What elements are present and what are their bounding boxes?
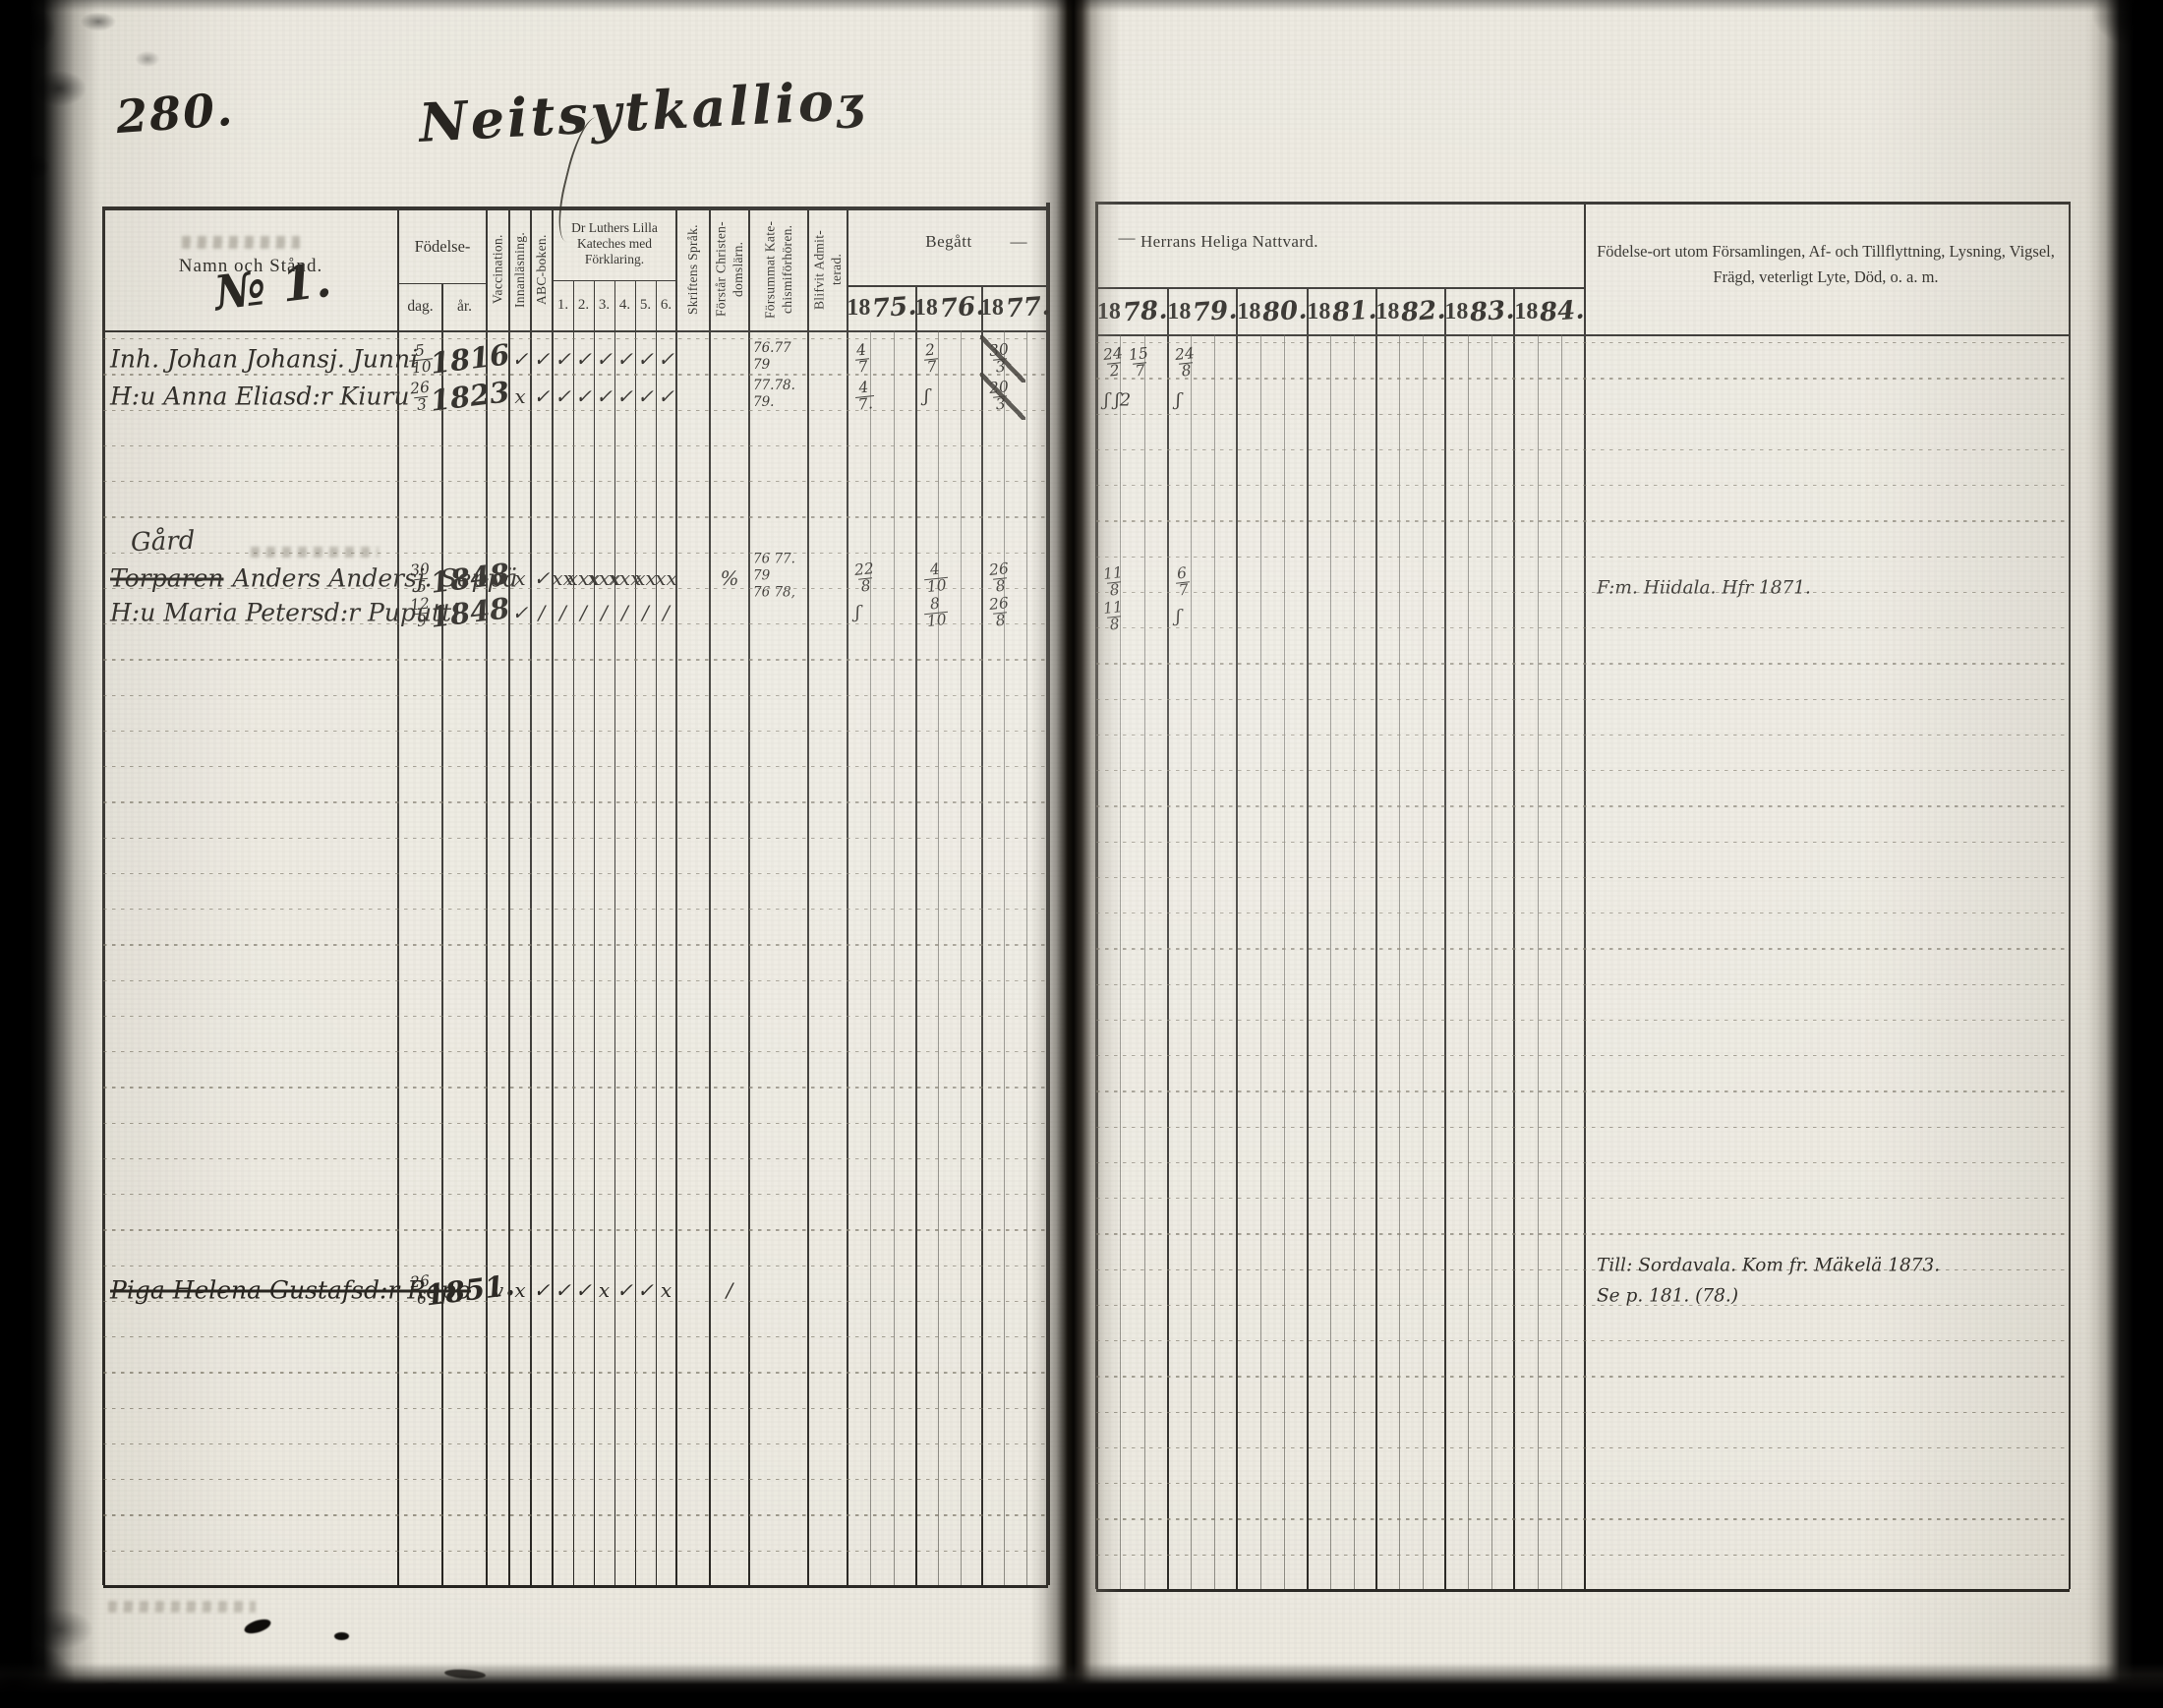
exam-mark: ✓ — [534, 347, 551, 371]
row-dotted-line — [103, 516, 1048, 517]
date-fraction: 303 — [988, 342, 1011, 376]
name-text: Inh. Johan Johansj. Junni — [110, 345, 418, 374]
year-subcolumn-rule — [1423, 334, 1424, 1589]
column-rule — [486, 208, 488, 1585]
year-written: 81. — [1331, 295, 1377, 327]
year-written: 84. — [1539, 295, 1585, 327]
row-dotted-line — [103, 980, 1048, 981]
row-dotted-line — [103, 1266, 1048, 1266]
row-dotted-line — [103, 445, 1048, 446]
communion-entry: ʃ — [855, 603, 860, 623]
communion-entry: 248 — [1176, 347, 1196, 379]
col-header-communion-right: Herrans Heliga Nattvard. — [1140, 229, 1396, 255]
scan-edge-right — [2086, 0, 2163, 1708]
row-dotted-line — [1096, 663, 2070, 664]
exam-mark: ✓ — [596, 347, 613, 371]
communion-entry: ʃ — [924, 386, 929, 407]
scan-edge-top — [0, 0, 2163, 12]
column-rule — [573, 280, 574, 1585]
scanned-ledger-page: 280. Neitsytkallioʒ № 1. Namn och Stånd.… — [0, 0, 2163, 1708]
row-dotted-line — [103, 1229, 1048, 1230]
row-rule — [1096, 202, 2070, 205]
row-rule — [103, 330, 1048, 332]
catechism-col-2: 2. — [573, 280, 594, 330]
date-fraction: 248 — [1174, 346, 1197, 380]
exam-mark: ✓ — [555, 384, 571, 408]
exam-mark: x — [599, 1278, 610, 1302]
date-fraction: 410 — [922, 561, 949, 595]
row-dotted-line — [1096, 842, 2070, 843]
communion-entry: 410 — [924, 562, 948, 594]
communion-entry: 303 — [990, 343, 1010, 375]
row-dotted-line — [1096, 1376, 2070, 1377]
year-printed: 18 — [1237, 299, 1260, 325]
row-dotted-line — [1096, 414, 2070, 415]
exam-mark: ✓ — [534, 566, 551, 590]
row-dotted-line — [1096, 984, 2070, 985]
col-header-birth-year: år. — [442, 283, 487, 330]
year-subcolumn-rule — [1004, 330, 1005, 1585]
column-rule — [1307, 287, 1308, 1589]
row-dotted-line — [1096, 378, 2070, 379]
year-printed: 18 — [1444, 299, 1468, 325]
col-header-reading: Innanläsning. — [509, 211, 531, 327]
row-dotted-line — [103, 731, 1048, 732]
year-header: 1875. — [848, 287, 916, 328]
row-dotted-line — [103, 1479, 1048, 1480]
communion-entry: ʃ — [1176, 607, 1181, 627]
col-header-birth-day: dag. — [398, 283, 442, 330]
communion-entry: 203 — [990, 381, 1010, 412]
exam-mark: x — [514, 384, 525, 408]
missed-exams-entry: 77.78. 79. — [753, 378, 795, 411]
column-rule — [1444, 287, 1445, 1589]
year-subcolumn-rule — [894, 330, 895, 1585]
record-name: H:u Anna Eliasd:r Kiuru — [110, 383, 410, 411]
row-dotted-line — [1096, 449, 2070, 450]
col-header-vaccination: Vaccination. — [487, 211, 509, 327]
date-fraction: 268 — [988, 596, 1011, 629]
row-dotted-line — [103, 553, 1048, 554]
scan-corner-bottom-left — [0, 1511, 216, 1708]
communion-entry: 47. — [855, 381, 874, 412]
pen-mark: ʃ — [1176, 607, 1181, 627]
catechism-col-6: 6. — [656, 280, 676, 330]
year-printed: 18 — [847, 295, 870, 322]
row-dotted-line — [1096, 1198, 2070, 1199]
exam-mark: x — [514, 1278, 525, 1302]
year-header: 1883. — [1445, 291, 1514, 332]
understands-mark: / — [727, 1278, 733, 1302]
row-dotted-line — [103, 1194, 1048, 1195]
row-dotted-line — [103, 766, 1048, 767]
row-dotted-line — [103, 1551, 1048, 1552]
exam-mark: / — [621, 601, 628, 624]
row-dotted-line — [103, 838, 1048, 839]
catechism-col-5: 5. — [635, 280, 656, 330]
year-printed: 18 — [1167, 299, 1191, 325]
year-subcolumn-rule — [1260, 334, 1261, 1589]
row-dotted-line — [103, 1016, 1048, 1017]
row-dotted-line — [1096, 948, 2070, 949]
row-rule — [1096, 334, 2070, 336]
row-rule — [1096, 287, 1585, 289]
year-subcolumn-rule — [1399, 334, 1400, 1589]
column-rule — [530, 208, 531, 1585]
row-dotted-line — [1096, 557, 2070, 558]
year-written: 76. — [939, 291, 985, 324]
record-name: H:u Maria Petersd:r Puputti — [110, 599, 459, 627]
scan-corner-top-left — [0, 0, 295, 256]
date-fraction: 810 — [922, 596, 949, 629]
communion-entry: 268 — [990, 597, 1010, 628]
column-rule — [1236, 287, 1237, 1589]
col-header-notes: Födelse-ort utom Församlingen, Af- och T… — [1595, 236, 2057, 293]
date-fraction: 203 — [988, 380, 1011, 413]
year-header: 1879. — [1168, 291, 1237, 332]
record-name: Inh. Johan Johansj. Junni — [110, 345, 418, 374]
row-dotted-line — [103, 338, 1048, 339]
column-rule — [1513, 287, 1514, 1589]
year-header: 1876. — [916, 287, 982, 328]
row-dotted-line — [1096, 1447, 2070, 1448]
row-dotted-line — [1096, 1412, 2070, 1413]
row-dotted-line — [103, 481, 1048, 482]
exam-mark: xx — [655, 566, 677, 590]
struck-title: Torparen — [110, 564, 224, 593]
exam-mark: / — [580, 601, 587, 624]
date-fraction: 157 — [1128, 346, 1150, 380]
exam-mark: ✓ — [534, 384, 551, 408]
row-dotted-line — [1096, 1127, 2070, 1128]
year-subcolumn-rule — [1468, 334, 1469, 1589]
year-subcolumn-rule — [961, 330, 962, 1585]
year-subcolumn-rule — [1191, 334, 1192, 1589]
year-subcolumn-rule — [1538, 334, 1539, 1589]
record-note: F:m. Hiidala. Hfr 1871. — [1597, 572, 1811, 603]
column-rule — [635, 280, 636, 1585]
date-fraction: 27 — [922, 342, 939, 375]
row-dotted-line — [103, 374, 1048, 375]
row-dotted-line — [103, 1443, 1048, 1444]
row-dotted-line — [103, 944, 1048, 945]
row-dotted-line — [103, 1514, 1048, 1515]
year-subcolumn-rule — [1284, 334, 1285, 1589]
year-subcolumn-rule — [1026, 330, 1027, 1585]
row-rule — [1096, 1589, 2070, 1592]
communion-entry: ʃ — [1176, 390, 1181, 411]
name-text: H:u Maria Petersd:r Puputti — [110, 599, 459, 627]
year-printed: 18 — [1307, 299, 1330, 325]
year-written: 80. — [1261, 295, 1308, 327]
exam-mark: ✓ — [555, 347, 571, 371]
year-printed: 18 — [980, 295, 1004, 322]
scan-corner-top-right — [1966, 0, 2163, 157]
row-dotted-line — [1096, 1555, 2070, 1556]
catechism-col-4: 4. — [614, 280, 635, 330]
year-subcolumn-rule — [1144, 334, 1145, 1589]
col-header-understands-christianity: Förstår Christen- domslärn. — [710, 211, 749, 327]
exam-mark: ✓ — [658, 347, 674, 371]
exam-mark: x — [661, 1278, 672, 1302]
year-subcolumn-rule — [870, 330, 871, 1585]
row-dotted-line — [1096, 699, 2070, 700]
year-printed: 18 — [1514, 299, 1538, 325]
exam-mark: ✓ — [575, 347, 592, 371]
column-rule — [656, 280, 657, 1585]
exam-mark: ✓ — [637, 384, 654, 408]
exam-mark: ✓ — [637, 1278, 654, 1302]
row-dotted-line — [1096, 1020, 2070, 1021]
column-rule — [709, 208, 710, 1585]
record-note: Till: Sordavala. Kom fr. Mäkelä 1873. Se… — [1597, 1251, 1940, 1313]
column-rule — [1375, 287, 1376, 1589]
column-rule — [675, 208, 677, 1585]
year-header: 1880. — [1237, 291, 1308, 332]
col-header-missed-examinations: Försummat Kate- chismiförhören. — [749, 211, 808, 327]
exam-mark: ✓ — [616, 384, 633, 408]
column-rule — [1584, 202, 1586, 1589]
exam-mark: / — [642, 601, 649, 624]
row-dotted-line — [103, 1158, 1048, 1159]
date-fraction: 47. — [853, 380, 875, 413]
ink-bleed-smudge — [251, 547, 379, 558]
date-fraction: 228 — [853, 561, 876, 595]
communion-entry: 47 — [855, 343, 869, 375]
exam-mark: ✓ — [637, 347, 654, 371]
row-dotted-line — [103, 873, 1048, 874]
row-dotted-line — [103, 1408, 1048, 1409]
year-subcolumn-rule — [1330, 334, 1331, 1589]
scan-edge-bottom — [0, 1663, 2163, 1708]
row-dotted-line — [1096, 592, 2070, 593]
row-dotted-line — [103, 1336, 1048, 1337]
row-dotted-line — [1096, 1340, 2070, 1341]
column-rule — [508, 208, 509, 1585]
year-subcolumn-rule — [1214, 334, 1215, 1589]
row-dotted-line — [103, 695, 1048, 696]
column-rule — [552, 208, 554, 1585]
col-header-communion-left: Begått — [885, 228, 1013, 256]
exam-mark: ✓ — [575, 384, 592, 408]
communion-entry: 810 — [924, 597, 948, 628]
communion-entry: 27 — [924, 343, 938, 375]
exam-mark: / — [539, 601, 546, 624]
col-header-birth: Födelse- — [398, 212, 487, 281]
date-fraction: 47 — [853, 342, 870, 375]
year-header: 1882. — [1376, 291, 1445, 332]
row-dotted-line — [1096, 1090, 2070, 1091]
exam-mark: ✓ — [512, 601, 529, 624]
row-dotted-line — [1096, 805, 2070, 806]
group-label: Gård — [131, 528, 196, 556]
column-rule — [1167, 287, 1168, 1589]
communion-entry: 268 — [990, 562, 1010, 594]
missed-exams-entry: 76.77 79 — [753, 340, 791, 374]
year-subcolumn-rule — [1561, 334, 1562, 1589]
year-header: 1881. — [1308, 291, 1376, 332]
column-rule — [594, 280, 595, 1585]
row-dotted-line — [103, 909, 1048, 910]
year-written: 82. — [1400, 295, 1446, 327]
row-dotted-line — [103, 1123, 1048, 1124]
year-subcolumn-rule — [938, 330, 939, 1585]
exam-mark: x — [514, 566, 525, 590]
row-dotted-line — [1096, 1162, 2070, 1163]
year-printed: 18 — [914, 295, 938, 322]
year-written: 79. — [1192, 295, 1238, 327]
year-written: 83. — [1469, 295, 1515, 327]
year-printed: 18 — [1375, 299, 1399, 325]
birth-day: 129 — [411, 597, 431, 629]
exam-mark: ✓ — [616, 1278, 633, 1302]
exam-mark: xx — [634, 566, 657, 590]
column-rule — [847, 208, 848, 1585]
year-subcolumn-rule — [1354, 334, 1355, 1589]
column-rule — [748, 208, 749, 1585]
year-written: 75. — [871, 291, 917, 324]
pen-mark: ʃ — [855, 603, 860, 623]
col-header-admitted: Blifvit Admit- terad. — [808, 211, 848, 327]
row-dotted-line — [1096, 1055, 2070, 1056]
row-rule — [103, 1585, 1048, 1588]
column-rule — [397, 208, 399, 1585]
scan-edge-left — [0, 0, 98, 1708]
communion-entry: 67 — [1176, 566, 1190, 598]
exam-mark: ✓ — [596, 384, 613, 408]
pen-mark: ʃ — [924, 386, 929, 407]
book-gutter-fold — [1030, 0, 1121, 1708]
exam-mark: / — [663, 601, 670, 624]
exam-mark: ✓ — [575, 1278, 592, 1302]
col-header-catechism: Dr Luthers Lilla Kateches med Förklaring… — [553, 209, 676, 278]
exam-mark: ✓ — [658, 384, 674, 408]
exam-mark: v — [493, 566, 503, 590]
exam-mark: / — [559, 601, 566, 624]
year-header: 1884. — [1514, 291, 1585, 332]
column-rule — [102, 206, 105, 1585]
date-fraction: 268 — [988, 561, 1011, 595]
catechism-col-3: 3. — [594, 280, 614, 330]
col-header-scripture-language: Skriftens Språk. — [676, 211, 710, 327]
missed-exams-entry: 76 77. 79 76 78, — [753, 552, 795, 602]
row-dotted-line — [1096, 1518, 2070, 1519]
pen-mark: ʃ — [1176, 390, 1181, 411]
column-rule — [2069, 202, 2072, 1589]
exam-mark: v — [493, 1278, 503, 1302]
row-dotted-line — [103, 801, 1048, 802]
understands-mark: % — [720, 566, 738, 590]
row-dotted-line — [1096, 342, 2070, 343]
name-text: H:u Anna Eliasd:r Kiuru — [110, 383, 410, 411]
birth-day: 263 — [411, 381, 431, 413]
row-dotted-line — [1096, 770, 2070, 771]
row-dotted-line — [1096, 1233, 2070, 1234]
date-fraction: 67 — [1174, 565, 1191, 598]
row-dotted-line — [103, 1051, 1048, 1052]
column-rule — [441, 283, 442, 1585]
row-dotted-line — [1096, 913, 2070, 913]
row-dotted-line — [1096, 1483, 2070, 1484]
year-subcolumn-rule — [1491, 334, 1492, 1589]
exam-mark: ✓ — [555, 1278, 571, 1302]
row-dotted-line — [103, 659, 1048, 660]
catechism-col-1: 1. — [553, 280, 573, 330]
ink-smudge — [334, 1632, 349, 1640]
birth-day: 305 — [411, 562, 431, 595]
row-dotted-line — [1096, 735, 2070, 736]
exam-mark: ✓ — [512, 347, 529, 371]
col-header-abc-book: ABC-boken. — [531, 211, 553, 327]
exam-mark: ✓ — [534, 1278, 551, 1302]
row-dotted-line — [1096, 627, 2070, 628]
year-written: 78. — [1122, 295, 1168, 327]
row-dotted-line — [1096, 520, 2070, 521]
exam-mark: ✓ — [616, 347, 633, 371]
column-rule — [807, 208, 808, 1585]
exam-mark: / — [601, 601, 608, 624]
title-flourish: ʒ — [835, 76, 866, 130]
row-dotted-line — [1096, 485, 2070, 486]
row-dotted-line — [103, 1372, 1048, 1373]
row-dotted-line — [1096, 877, 2070, 878]
column-rule — [614, 280, 615, 1585]
communion-entry: 228 — [855, 562, 875, 594]
row-dotted-line — [103, 1087, 1048, 1088]
